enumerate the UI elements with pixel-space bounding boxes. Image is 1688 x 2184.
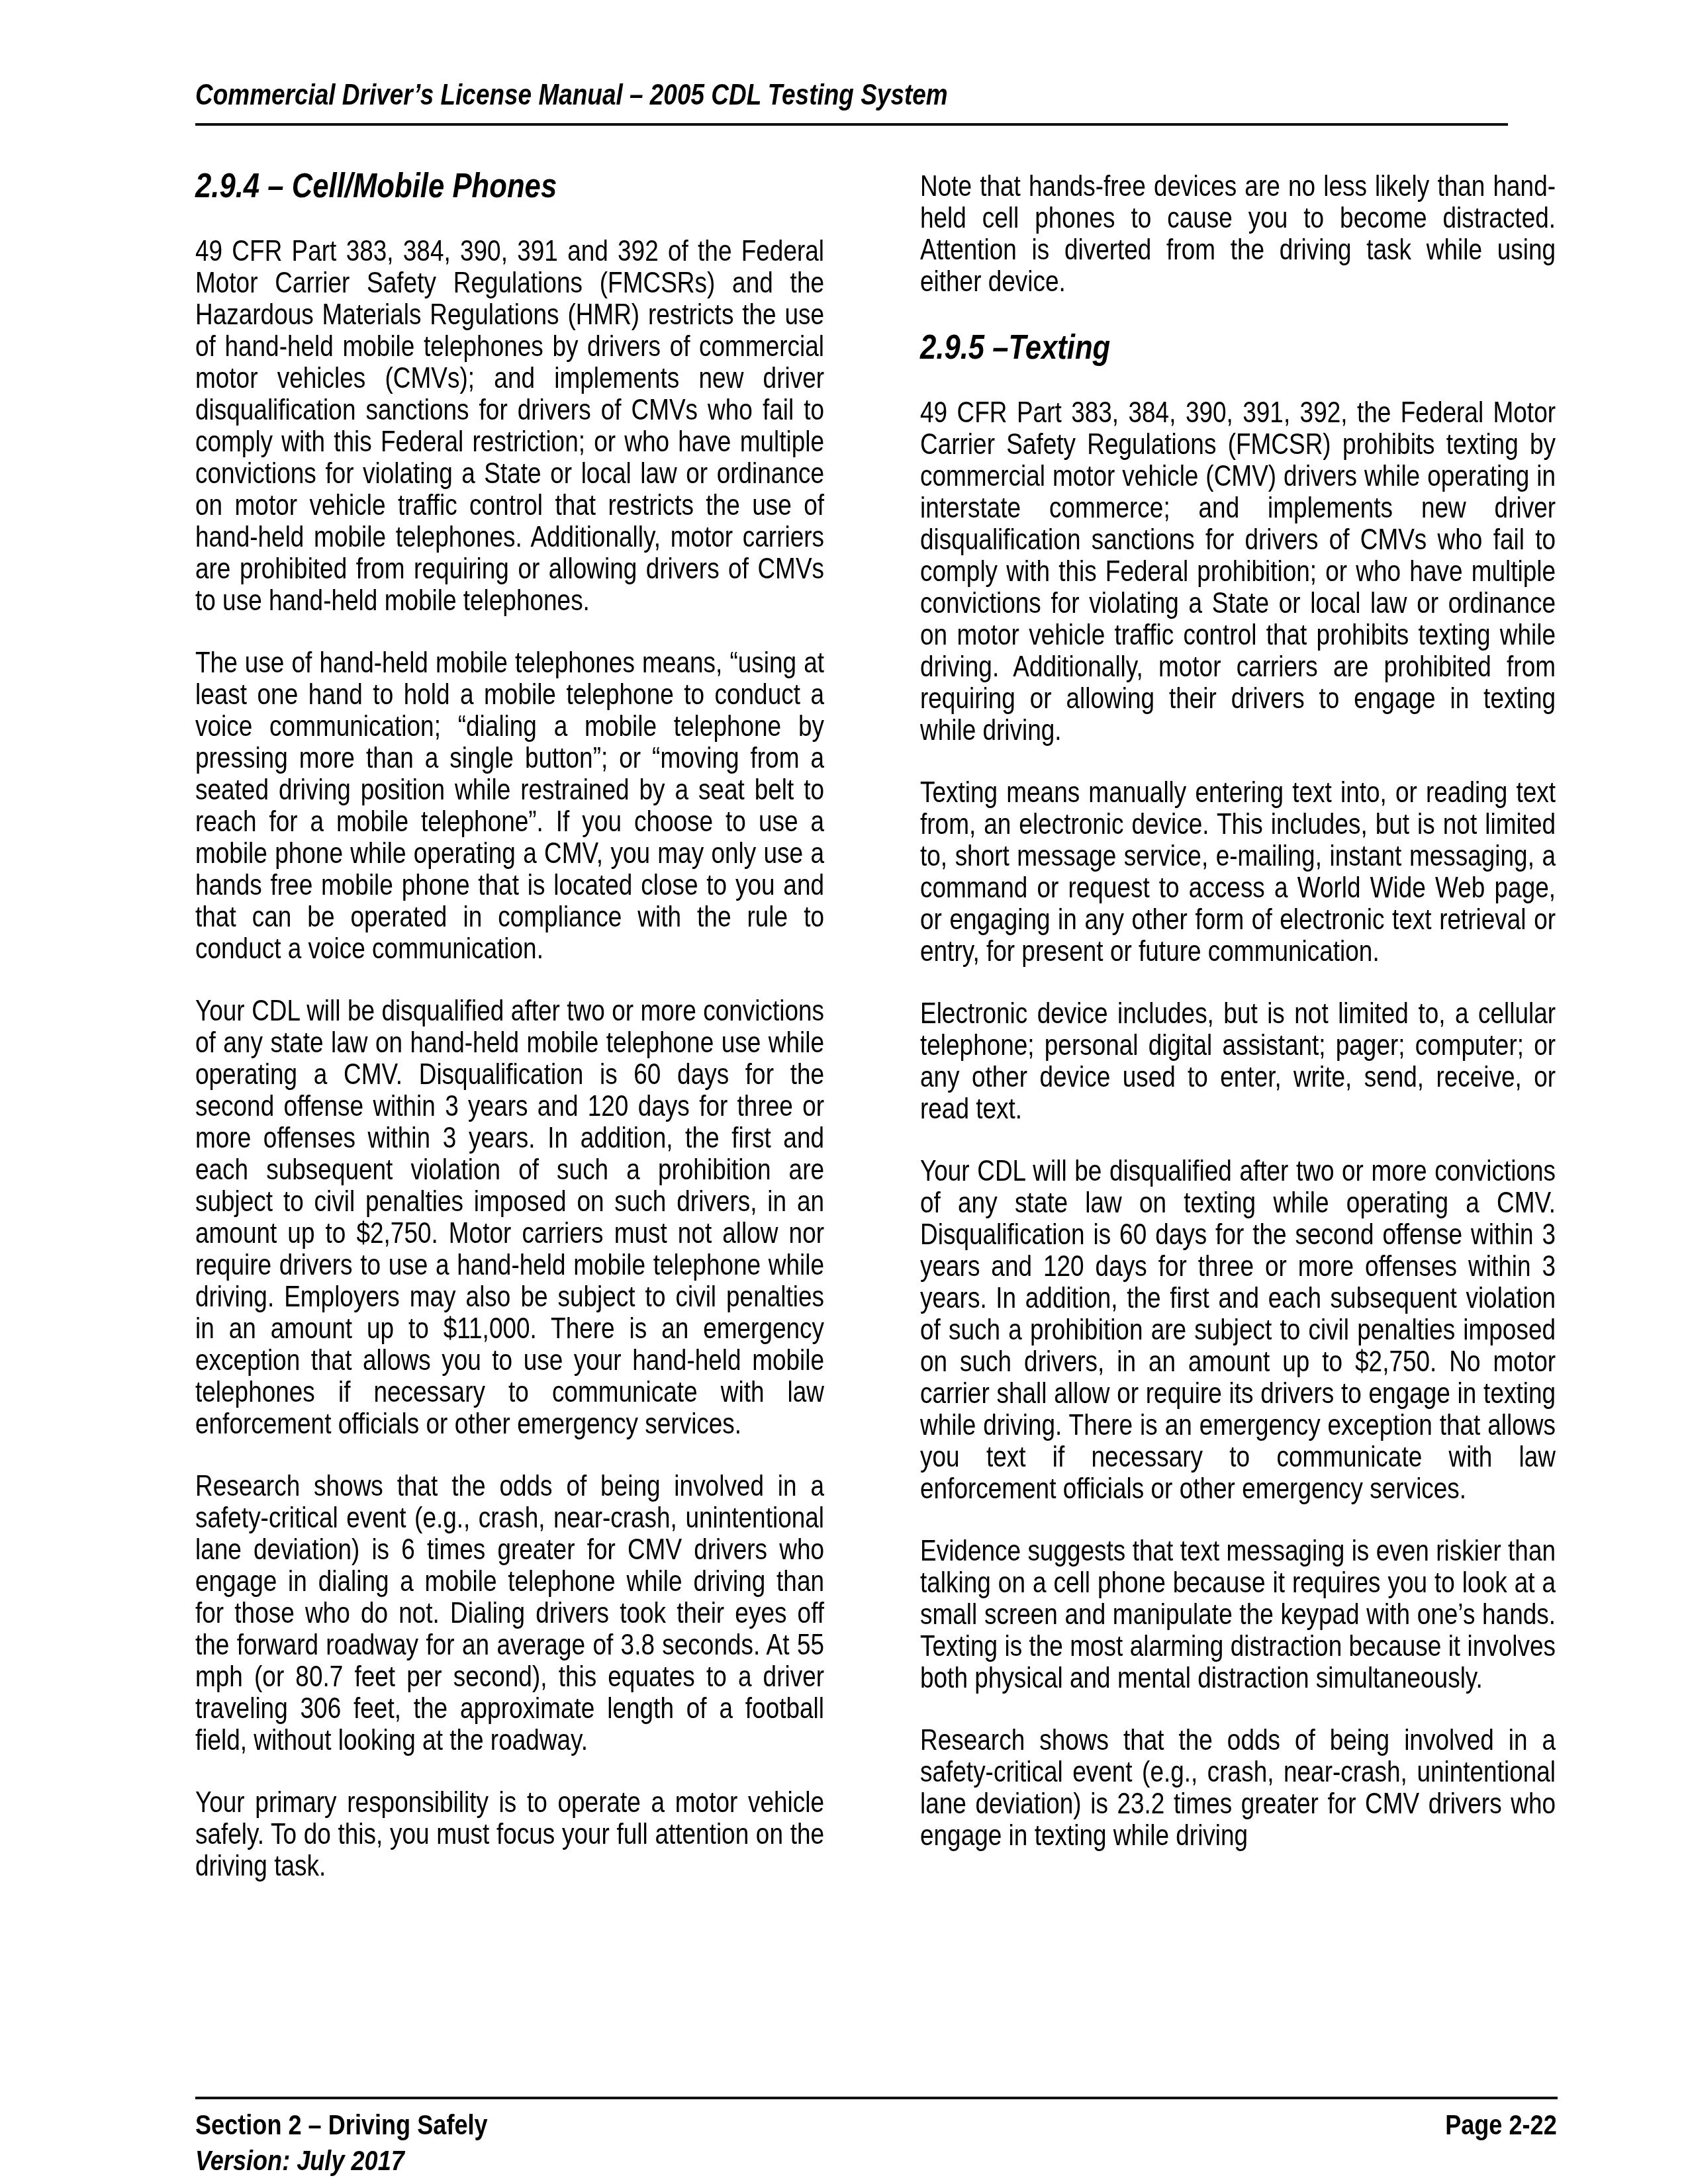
footer-rule: [195, 2097, 1558, 2099]
body-paragraph: Evidence suggests that text messaging is…: [920, 1535, 1556, 1694]
body-paragraph: Electronic device includes, but is not l…: [920, 998, 1556, 1125]
left-column: 2.9.4 – Cell/Mobile Phones 49 CFR Part 3…: [195, 167, 824, 1882]
footer-page-number: Page 2-22: [1445, 2107, 1557, 2143]
right-column-condense-wrap: Note that hands-free devices are no less…: [920, 171, 1556, 1852]
page-header: Commercial Driver’s License Manual – 200…: [195, 78, 1091, 113]
right-column: Note that hands-free devices are no less…: [920, 171, 1556, 1852]
section-heading-2-9-5: 2.9.5 –Texting: [920, 328, 1556, 367]
body-paragraph: 49 CFR Part 383, 384, 390, 391 and 392 o…: [195, 236, 824, 617]
document-page: Commercial Driver’s License Manual – 200…: [0, 0, 1688, 2184]
header-title: Commercial Driver’s License Manual – 200…: [195, 78, 1091, 113]
header-condense-wrap: Commercial Driver’s License Manual – 200…: [195, 78, 1091, 113]
body-paragraph: The use of hand-held mobile telephones m…: [195, 647, 824, 965]
body-paragraph: Texting means manually entering text int…: [920, 777, 1556, 968]
body-paragraph: Research shows that the odds of being in…: [920, 1725, 1556, 1852]
body-paragraph: Your CDL will be disqualified after two …: [195, 995, 824, 1440]
body-paragraph: 49 CFR Part 383, 384, 390, 391, 392, the…: [920, 397, 1556, 747]
footer-version-label: Version: July 2017: [195, 2143, 1688, 2179]
body-paragraph: Your primary responsibility is to operat…: [195, 1787, 824, 1882]
body-paragraph: Research shows that the odds of being in…: [195, 1471, 824, 1756]
footer-right-block: Page 2-22: [1424, 2107, 1557, 2143]
section-heading-2-9-4: 2.9.4 – Cell/Mobile Phones: [195, 167, 824, 205]
header-rule: [195, 123, 1508, 126]
left-column-condense-wrap: 2.9.4 – Cell/Mobile Phones 49 CFR Part 3…: [195, 167, 824, 1882]
body-paragraph: Your CDL will be disqualified after two …: [920, 1156, 1556, 1505]
body-paragraph: Note that hands-free devices are no less…: [920, 171, 1556, 298]
